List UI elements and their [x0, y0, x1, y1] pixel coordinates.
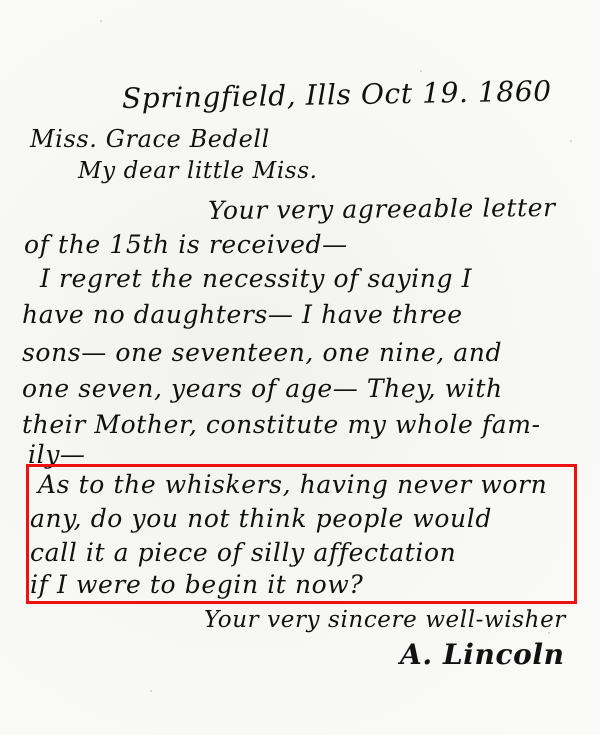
body-line: I regret the necessity of saying I [40, 264, 472, 294]
paper-speck [570, 140, 572, 142]
body-line: sons— one seventeen, one nine, and [22, 338, 502, 368]
body-line: ily— [28, 440, 86, 470]
highlighted-line: call it a piece of silly affectation [30, 538, 456, 568]
highlighted-line: if I were to begin it now? [30, 570, 363, 600]
paper-speck [420, 70, 422, 72]
highlighted-line: As to the whiskers, having never worn [38, 470, 547, 500]
body-line: Your very agreeable letter [208, 193, 556, 226]
letter-page: Springfield, Ills Oct 19. 1860 Miss. Gra… [0, 0, 600, 735]
paper-speck [100, 20, 102, 22]
salutation: My dear little Miss. [78, 156, 318, 186]
signature: A. Lincoln [400, 640, 565, 670]
body-line: one seven, years of age— They, with [22, 374, 503, 404]
closing: Your very sincere well-wisher [204, 605, 566, 635]
recipient-name: Miss. Grace Bedell [30, 124, 270, 154]
body-line: have no daughters— I have three [22, 300, 463, 330]
highlighted-line: any, do you not think people would [30, 504, 492, 534]
dateline: Springfield, Ills Oct 19. 1860 [122, 77, 552, 114]
paper-speck [150, 690, 152, 692]
body-line: of the 15th is received— [24, 230, 348, 260]
paper-speck [548, 632, 550, 634]
body-line: their Mother, constitute my whole fam- [22, 410, 541, 440]
